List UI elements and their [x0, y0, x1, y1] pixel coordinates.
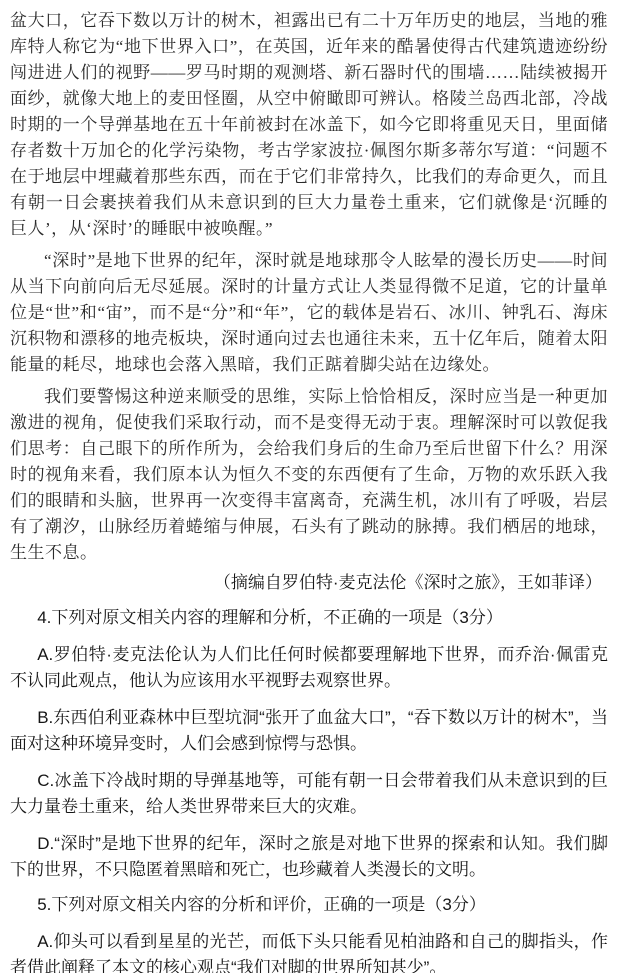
passage-paragraph-2: “深时”是地下世界的纪年，深时就是地球那令人眩晕的漫长历史——时间从当下向前向后…: [10, 248, 608, 378]
question-5-option-a: A.仰头可以看到星星的光芒，而低下头只能看见柏油路和自己的脚指头，作者借此阐释了…: [10, 929, 608, 973]
passage-citation: （摘编自罗伯特·麦克法伦《深时之旅》，王如菲译）: [10, 570, 608, 596]
question-4-option-b: B.东西伯利亚森林中巨型坑洞“张开了血盆大口”，“吞下数以万计的树木”，当面对这…: [10, 705, 608, 757]
question-4: 4.下列对原文相关内容的理解和分析，不正确的一项是（3分） A.罗伯特·麦克法伦…: [10, 605, 608, 883]
question-5-stem: 5.下列对原文相关内容的分析和评价，正确的一项是（3分）: [10, 892, 608, 918]
question-4-option-c: C.冰盖下冷战时期的导弹基地等，可能有朝一日会带着我们从未意识到的巨大力量卷土重…: [10, 768, 608, 820]
passage-paragraph-1: 盆大口，它吞下数以万计的树木，袒露出已有二十万年历史的地层，当地的雅库特人称它为…: [10, 8, 608, 242]
question-4-option-d: D.“深时”是地下世界的纪年，深时之旅是对地下世界的探索和认知。我们脚下的世界，…: [10, 831, 608, 883]
question-4-stem: 4.下列对原文相关内容的理解和分析，不正确的一项是（3分）: [10, 605, 608, 631]
exam-page: 盆大口，它吞下数以万计的树木，袒露出已有二十万年历史的地层，当地的雅库特人称它为…: [0, 0, 620, 973]
question-4-option-a: A.罗伯特·麦克法伦认为人们比任何时候都要理解地下世界，而乔治·佩雷克不认同此观…: [10, 642, 608, 694]
reading-passage: 盆大口，它吞下数以万计的树木，袒露出已有二十万年历史的地层，当地的雅库特人称它为…: [10, 8, 608, 596]
question-5: 5.下列对原文相关内容的分析和评价，正确的一项是（3分） A.仰头可以看到星星的…: [10, 892, 608, 973]
passage-paragraph-3: 我们要警惕这种逆来顺受的思维，实际上恰恰相反，深时应当是一种更加激进的视角，促使…: [10, 384, 608, 566]
